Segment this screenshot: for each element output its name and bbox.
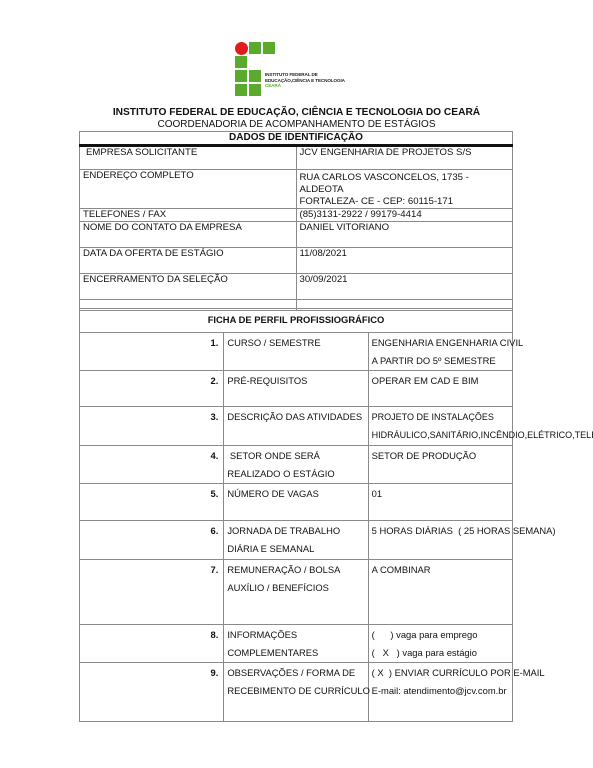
item-number: 8. [80, 625, 224, 663]
field-label: DATA DA OFERTA DE ESTÁGIO [80, 248, 297, 274]
item-value: ( X ) ENVIAR CURRÍCULO POR E-MAILE-mail:… [368, 663, 512, 722]
identification-table: DADOS DE IDENTIFICAÇÃO EMPRESA SOLICITAN… [79, 131, 513, 311]
logo-square-icon [249, 70, 261, 82]
logo-line-3: CEARÁ [265, 83, 345, 89]
logo-red-circle-icon [235, 42, 248, 55]
field-label: NOME DO CONTATO DA EMPRESA [80, 222, 297, 248]
profile-row: 1.CURSO / SEMESTREENGENHARIA ENGENHARIA … [80, 333, 513, 371]
logo-square-icon [263, 42, 275, 54]
profile-row: 9.OBSERVAÇÕES / FORMA DERECEBIMENTO DE C… [80, 663, 513, 722]
item-value: A COMBINAR [368, 560, 512, 625]
field-value: JCV ENGENHARIA DE PROJETOS S/S [296, 146, 513, 170]
profile-row: 5.NÚMERO DE VAGAS01 [80, 484, 513, 521]
item-number: 2. [80, 371, 224, 407]
item-number: 7. [80, 560, 224, 625]
logo-square-icon [235, 56, 247, 68]
profile-row: 2.PRÉ-REQUISITOSOPERAR EM CAD E BIM [80, 371, 513, 407]
institution-title: INSTITUTO FEDERAL DE EDUCAÇÃO, CIÊNCIA E… [0, 107, 593, 118]
department-title: COORDENADORIA DE ACOMPANHAMENTO DE ESTÁG… [0, 119, 593, 130]
item-number: 1. [80, 333, 224, 371]
item-label: CURSO / SEMESTRE [224, 333, 368, 371]
item-number: 3. [80, 407, 224, 446]
profile-row: 4. SETOR ONDE SERÁREALIZADO O ESTÁGIOSET… [80, 446, 513, 484]
item-value: OPERAR EM CAD E BIM [368, 371, 512, 407]
logo-text: INSTITUTO FEDERAL DE EDUCAÇÃO,CIÊNCIA E … [265, 72, 345, 89]
item-value: SETOR DE PRODUÇÃO [368, 446, 512, 484]
item-number: 4. [80, 446, 224, 484]
field-value: RUA CARLOS VASCONCELOS, 1735 - ALDEOTAFO… [296, 170, 513, 209]
item-label: JORNADA DE TRABALHODIÁRIA E SEMANAL [224, 521, 368, 560]
item-number: 5. [80, 484, 224, 521]
profile-title: FICHA DE PERFIL PROFISSIOGRÁFICO [80, 309, 513, 333]
field-value: 30/09/2021 [296, 274, 513, 300]
item-label: SETOR ONDE SERÁREALIZADO O ESTÁGIO [224, 446, 368, 484]
field-label: TELEFONES / FAX [80, 209, 297, 222]
item-label: INFORMAÇÕESCOMPLEMENTARES [224, 625, 368, 663]
profile-row: 7.REMUNERAÇÃO / BOLSAAUXÍLIO / BENEFÍCIO… [80, 560, 513, 625]
identification-row: DATA DA OFERTA DE ESTÁGIO11/08/2021 [80, 248, 513, 274]
item-label: NÚMERO DE VAGAS [224, 484, 368, 521]
profile-row: 6.JORNADA DE TRABALHODIÁRIA E SEMANAL5 H… [80, 521, 513, 560]
field-value: DANIEL VITORIANO [296, 222, 513, 248]
institution-logo: INSTITUTO FEDERAL DE EDUCAÇÃO,CIÊNCIA E … [235, 42, 385, 98]
logo-square-icon [235, 70, 247, 82]
field-value: 11/08/2021 [296, 248, 513, 274]
item-value: ( ) vaga para emprego( X ) vaga para est… [368, 625, 512, 663]
identification-row: ENCERRAMENTO DA SELEÇÃO30/09/2021 [80, 274, 513, 300]
item-number: 9. [80, 663, 224, 722]
identification-row: EMPRESA SOLICITANTEJCV ENGENHARIA DE PRO… [80, 146, 513, 170]
logo-square-icon [235, 84, 247, 96]
profile-table: FICHA DE PERFIL PROFISSIOGRÁFICO 1.CURSO… [79, 308, 513, 722]
identification-row: NOME DO CONTATO DA EMPRESADANIEL VITORIA… [80, 222, 513, 248]
field-value: (85)3131-2922 / 99179-4414 [296, 209, 513, 222]
item-label: DESCRIÇÃO DAS ATIVIDADES [224, 407, 368, 446]
identification-row: TELEFONES / FAX(85)3131-2922 / 99179-441… [80, 209, 513, 222]
profile-row: 3.DESCRIÇÃO DAS ATIVIDADESPROJETO DE INS… [80, 407, 513, 446]
field-label: EMPRESA SOLICITANTE [80, 146, 297, 170]
field-label: ENCERRAMENTO DA SELEÇÃO [80, 274, 297, 300]
item-value: ENGENHARIA ENGENHARIA CIVILA PARTIR DO 5… [368, 333, 512, 371]
identification-title: DADOS DE IDENTIFICAÇÃO [80, 132, 513, 146]
item-label: PRÉ-REQUISITOS [224, 371, 368, 407]
item-label: REMUNERAÇÃO / BOLSAAUXÍLIO / BENEFÍCIOS [224, 560, 368, 625]
item-label: OBSERVAÇÕES / FORMA DERECEBIMENTO DE CUR… [224, 663, 368, 722]
item-value: PROJETO DE INSTALAÇÕESHIDRÁULICO,SANITÁR… [368, 407, 512, 446]
field-label: ENDEREÇO COMPLETO [80, 170, 297, 209]
item-value: 5 HORAS DIÁRIAS ( 25 HORAS SEMANA) [368, 521, 512, 560]
logo-square-icon [249, 84, 261, 96]
logo-square-icon [249, 42, 261, 54]
item-value: 01 [368, 484, 512, 521]
identification-row: ENDEREÇO COMPLETORUA CARLOS VASCONCELOS,… [80, 170, 513, 209]
profile-row: 8.INFORMAÇÕESCOMPLEMENTARES( ) vaga para… [80, 625, 513, 663]
item-number: 6. [80, 521, 224, 560]
